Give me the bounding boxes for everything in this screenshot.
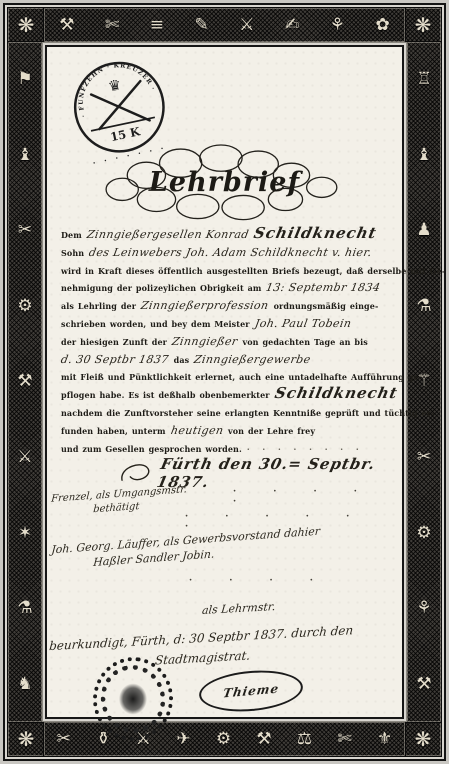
comb-icon: ≡ xyxy=(150,17,164,34)
body-text: DemZinngießergesellen KonradSchildknecht… xyxy=(61,223,392,454)
filler-dots: · · · · · · · · xyxy=(247,444,364,454)
printed-text: nehmigung der polizeylichen Obrigkeit am xyxy=(61,283,261,293)
printed-text: das xyxy=(174,355,190,365)
certification-line: beurkundigt, Fürth, d: 30 Septbr 1837. d… xyxy=(49,621,397,653)
horse-figure-icon: ♞ xyxy=(17,676,32,693)
border-top: ⚒✄≡✎⚔✍⚘✿ xyxy=(43,7,406,43)
signature-umgangsmeister: Frenzel, als Umgangsmstr. bethätigt xyxy=(51,489,187,512)
wheat-sheaf-icon: ⚘ xyxy=(330,17,345,34)
filler-dots-row: · · · · · xyxy=(233,487,402,507)
star-tool-icon: ✶ xyxy=(18,525,32,542)
ink-seal xyxy=(93,657,173,741)
printed-text: Sohn xyxy=(61,248,84,258)
printed-text: und zum Gesellen gesprochen worden. xyxy=(61,444,242,454)
dateline-text: Fürth den 30.= Septbr. 1837. xyxy=(155,455,398,491)
cart-wheel-icon: ⚙ xyxy=(216,731,231,748)
rosette-icon: ❋ xyxy=(18,15,35,35)
body-line: Sohndes Leinwebers Joh. Adam Schildknech… xyxy=(61,241,392,259)
body-line: mit Fleiß und Pünktlichkeit erlernet, au… xyxy=(61,365,392,383)
flask-icon: ⚗ xyxy=(416,298,431,315)
body-line: nehmigung der polizeylichen Obrigkeit am… xyxy=(61,276,392,294)
hammers-icon: ⚒ xyxy=(416,676,431,693)
hand-glove-icon: ✍ xyxy=(285,17,299,34)
page-title: Lehrbrief xyxy=(94,167,356,198)
certificate-paper: · FUNFZEHN · KREUZER · ♛ 15 K · · · · · … xyxy=(45,45,404,719)
blossoms-icon: ✿ xyxy=(376,17,390,34)
handwritten-text: Zinngießergewerbe xyxy=(193,353,312,366)
flourish-curl xyxy=(117,458,155,488)
border-corner-bottom-right: ❋ xyxy=(404,721,442,757)
body-line: wird in Kraft dieses öffentlich ausgeste… xyxy=(61,259,392,277)
handwritten-text: d. 30 Septbr 1837 xyxy=(60,353,170,366)
border-corner-bottom-left: ❋ xyxy=(7,721,45,757)
hammer-tools-icon: ⚒ xyxy=(17,373,32,390)
signature-vorstand: Joh. Georg. Läuffer, als Gewerbsvorstand… xyxy=(51,534,320,561)
printed-text: pflogen habe. Es ist deßhalb obenbemerkt… xyxy=(61,390,270,400)
shoe-knife-icon: ✄ xyxy=(337,731,351,748)
shears-icon: ✂ xyxy=(417,449,431,466)
printed-text: mit Fleiß und Pünktlichkeit erlernet, au… xyxy=(61,372,422,382)
border-right: ♖♝♟⚗⚚✂⚙⚘⚒ xyxy=(406,41,442,723)
crossed-scythes-icon: ⚒ xyxy=(59,17,74,34)
small-figure-icon: ♟ xyxy=(416,222,431,239)
ink-seal-core xyxy=(115,679,151,719)
handwritten-text: Schildknecht xyxy=(252,226,378,241)
registrar-signature-text: Thieme xyxy=(222,681,280,700)
handwritten-text: Schildknecht xyxy=(273,386,399,401)
body-line: und zum Gesellen gesprochen worden.· · ·… xyxy=(61,437,392,455)
carpenter-plane-icon: ✈ xyxy=(176,731,190,748)
signature-lehrmeister: als Lehrmstr. xyxy=(201,600,275,617)
scissors-icon: ✂ xyxy=(18,222,32,239)
boots-icon: ✄ xyxy=(105,17,119,34)
shrine-icon: ⚑ xyxy=(17,71,32,88)
kettle-icon: ⚗ xyxy=(17,600,32,617)
handwritten-text: Zinngießergesellen Konrad xyxy=(86,228,250,241)
handwritten-text: Zinngießer xyxy=(171,335,239,348)
statue-figure-icon: ♝ xyxy=(416,147,431,164)
printed-text: funden haben, unterm xyxy=(61,426,166,436)
scanned-lehrbrief-document: ❋ ❋ ❋ ❋ ⚒✄≡✎⚔✍⚘✿ ✂⚱⚔✈⚙⚒⚖✄⚜ ⚑♝✂⚙⚒⚔✶⚗♞ ♖♝♟… xyxy=(0,0,449,764)
body-line: schrieben worden, und bey dem MeisterJoh… xyxy=(61,312,392,330)
fleur-icon: ⚜ xyxy=(377,731,392,748)
border-corner-top-left: ❋ xyxy=(7,7,45,43)
body-line: DemZinngießergesellen KonradSchildknecht xyxy=(61,223,392,241)
urn-trophy-icon: ♖ xyxy=(416,71,431,88)
printed-text: von der Lehre frey xyxy=(228,426,315,436)
rosette-icon: ❋ xyxy=(415,15,432,35)
handwritten-text: 13: Septembr 1834 xyxy=(265,281,382,294)
handwritten-text: heutigen xyxy=(169,424,224,437)
crossed-swords-icon: ⚔ xyxy=(17,449,32,466)
crown-icon: ♛ xyxy=(107,77,123,95)
flower-sprig-icon: ⚘ xyxy=(416,600,431,617)
crossed-axes-icon: ⚔ xyxy=(239,17,254,34)
rosette-icon: ❋ xyxy=(18,729,35,749)
statue-icon: ♝ xyxy=(17,147,32,164)
registrar-oval-signature: Thieme xyxy=(197,667,304,716)
printed-text: als Lehrling der xyxy=(61,301,136,311)
goblet-scales-icon: ⚖ xyxy=(297,731,312,748)
body-line: d. 30 Septbr 1837dasZinngießergewerbe xyxy=(61,348,392,366)
handwritten-text: Zinngießerprofession xyxy=(140,299,270,312)
pick-tools-icon: ⚒ xyxy=(256,731,271,748)
rosette-icon: ❋ xyxy=(415,729,432,749)
gear-wheel-icon: ⚙ xyxy=(17,298,32,315)
brush-icon: ✎ xyxy=(195,17,209,34)
printed-text: schrieben worden, und bey dem Meister xyxy=(61,319,250,329)
body-line: der hiesigen Zunft derZinngießervon geda… xyxy=(61,330,392,348)
printed-text: der hiesigen Zunft der xyxy=(61,337,167,347)
printed-text: Dem xyxy=(61,230,82,240)
handwritten-text: Joh. Paul Tobein xyxy=(253,317,352,330)
filler-dots-row: · · · · xyxy=(189,576,330,586)
printed-text: ordnungsmäßig einge- xyxy=(274,301,379,311)
body-line: nachdem die Zunftvorsteher seine erlangt… xyxy=(61,401,392,419)
handwritten-text: des Leinwebers Joh. Adam Schildknecht v.… xyxy=(88,246,373,259)
printed-text: von gedachten Tage an bis xyxy=(242,337,367,347)
crossed-tools-icon: ✂ xyxy=(57,731,71,748)
body-line: als Lehrling derZinngießerprofessionordn… xyxy=(61,294,392,312)
border-corner-top-right: ❋ xyxy=(404,7,442,43)
title-block: Lehrbrief xyxy=(94,141,356,227)
printed-text: nachdem die Zunftvorsteher seine erlangt… xyxy=(61,408,435,418)
wheel-icon: ⚙ xyxy=(416,525,431,542)
border-left: ⚑♝✂⚙⚒⚔✶⚗♞ xyxy=(7,41,43,723)
body-line: pflogen habe. Es ist deßhalb obenbemerkt… xyxy=(61,383,392,401)
printed-text: wird in Kraft dieses öffentlich ausgeste… xyxy=(61,266,445,276)
body-line: funden haben, untermheutigenvon der Lehr… xyxy=(61,419,392,437)
